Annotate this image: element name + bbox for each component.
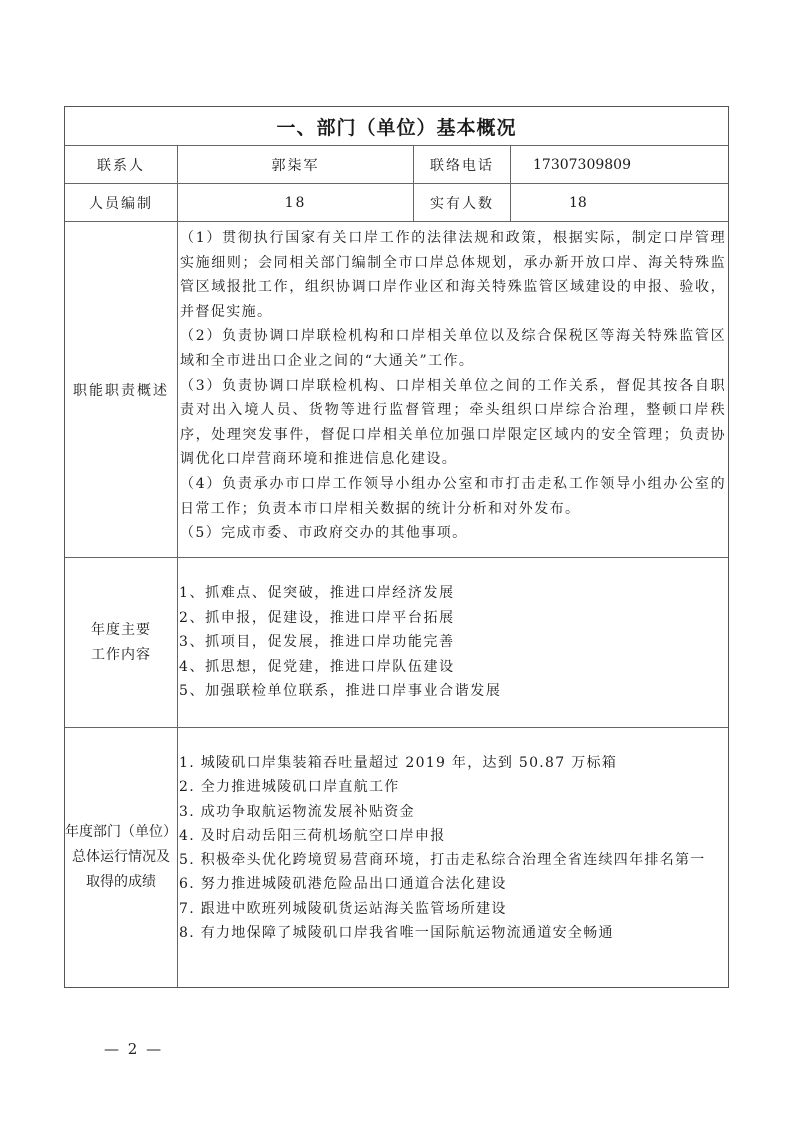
- annual-work-list: 1、抓难点、促突破，推进口岸经济发展 2、抓申报，促建设，推进口岸平台拓展 3、…: [178, 558, 728, 727]
- duties-content: （1）贯彻执行国家有关口岸工作的法律法规和政策，根据实际，制定口岸管理实施细则；…: [178, 222, 728, 557]
- phone-value: 17307309809: [511, 146, 728, 183]
- list-item: 4. 及时启动岳阳三荷机场航空口岸申报: [179, 824, 446, 848]
- staff-actual-value: 18: [511, 184, 728, 221]
- achievements-label: 年度部门（单位） 总体运行情况及 取得的成绩: [65, 728, 178, 987]
- achievements-list: 1. 城陵矶口岸集装箱吞吐量超过 2019 年，达到 50.87 万标箱 2. …: [178, 728, 728, 987]
- list-item: 1. 城陵矶口岸集装箱吞吐量超过 2019 年，达到 50.87 万标箱: [179, 751, 617, 775]
- table-title-row: 一、部门（单位）基本概况: [65, 107, 728, 146]
- list-item: 1、抓难点、促突破，推进口岸经济发展: [179, 581, 455, 606]
- list-item: 7. 跟进中欧班列城陵矶货运站海关监管场所建设: [179, 897, 507, 921]
- duty-paragraph: （4）负责承办市口岸工作领导小组办公室和市打击走私工作领导小组办公室的日常工作；…: [180, 472, 726, 521]
- basic-info-table: 一、部门（单位）基本概况 联系人 郭柒军 联络电话 17307309809 人员…: [64, 106, 729, 988]
- annual-work-label-line: 工作内容: [91, 643, 151, 668]
- list-item: 5、加强联检单位联系，推进口岸事业合谐发展: [179, 679, 502, 704]
- page-number: — 2 —: [104, 1040, 163, 1058]
- staff-row: 人员编制 18 实有人数 18: [65, 184, 728, 222]
- phone-label: 联络电话: [414, 146, 511, 183]
- duty-paragraph: （2）负责协调口岸联检机构和口岸相关单位以及综合保税区等海关特殊监管区域和全市进…: [180, 324, 726, 373]
- list-item: 2. 全力推进城陵矶口岸直航工作: [179, 775, 400, 799]
- list-item: 2、抓申报，促建设，推进口岸平台拓展: [179, 606, 455, 631]
- list-item: 6. 努力推进城陵矶港危险品出口通道合法化建设: [179, 872, 507, 896]
- list-item: 4、抓思想，促党建，推进口岸队伍建设: [179, 655, 455, 680]
- contact-label: 联系人: [65, 146, 178, 183]
- table-title: 一、部门（单位）基本概况: [65, 113, 728, 140]
- duty-paragraph: （3）负责协调口岸联检机构、口岸相关单位之间的工作关系，督促其按各自职责对出入境…: [180, 374, 726, 472]
- achievements-label-line: 取得的成绩: [86, 870, 156, 895]
- achievements-label-line: 年度部门（单位）: [65, 820, 177, 845]
- staff-actual-label: 实有人数: [414, 184, 511, 221]
- contact-row: 联系人 郭柒军 联络电话 17307309809: [65, 146, 728, 184]
- duty-paragraph: （1）贯彻执行国家有关口岸工作的法律法规和政策，根据实际，制定口岸管理实施细则；…: [180, 226, 726, 324]
- staff-quota-label: 人员编制: [65, 184, 178, 221]
- annual-work-label: 年度主要 工作内容: [65, 558, 178, 727]
- contact-value: 郭柒军: [178, 146, 414, 183]
- staff-quota-value: 18: [178, 184, 414, 221]
- list-item: 8. 有力地保障了城陵矶口岸我省唯一国际航运物流通道安全畅通: [179, 921, 614, 945]
- achievements-row: 年度部门（单位） 总体运行情况及 取得的成绩 1. 城陵矶口岸集装箱吞吐量超过 …: [65, 728, 728, 987]
- annual-work-label-line: 年度主要: [91, 618, 151, 643]
- list-item: 5. 积极牵头优化跨境贸易营商环境，打击走私综合治理全省连续四年排名第一: [179, 848, 706, 872]
- duty-paragraph: （5）完成市委、市政府交办的其他事项。: [180, 521, 726, 546]
- list-item: 3、抓项目，促发展，推进口岸功能完善: [179, 630, 455, 655]
- annual-work-row: 年度主要 工作内容 1、抓难点、促突破，推进口岸经济发展 2、抓申报，促建设，推…: [65, 558, 728, 728]
- duties-label: 职能职责概述: [65, 222, 178, 557]
- achievements-label-line: 总体运行情况及: [72, 845, 170, 870]
- duties-row: 职能职责概述 （1）贯彻执行国家有关口岸工作的法律法规和政策，根据实际，制定口岸…: [65, 222, 728, 558]
- list-item: 3. 成功争取航运物流发展补贴资金: [179, 800, 415, 824]
